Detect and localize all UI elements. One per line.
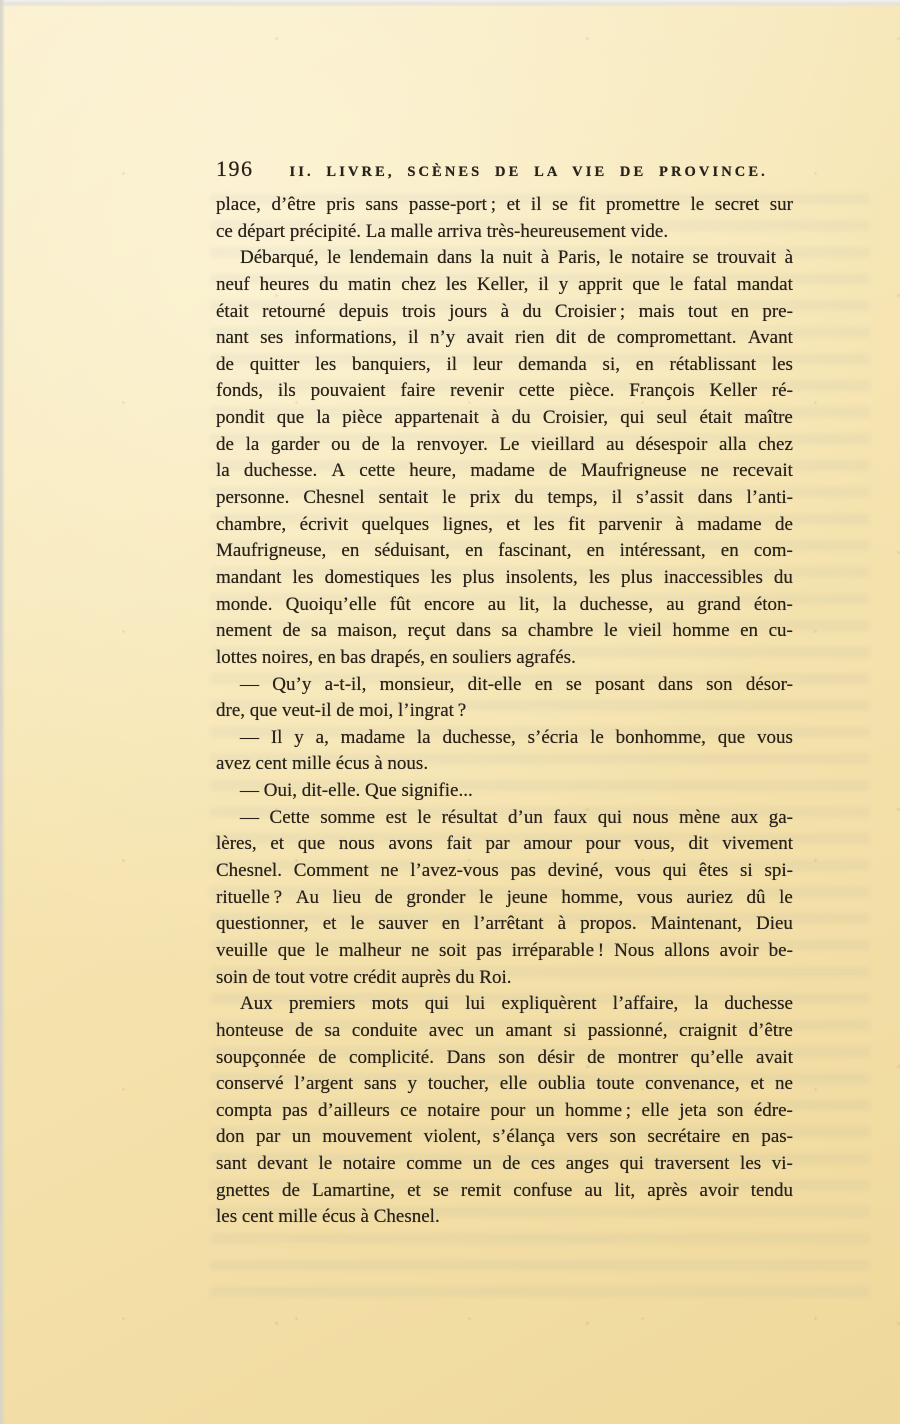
text-line: veuillequelemalheurnesoitpasirréparable … [216, 938, 793, 965]
text-line: nantsesinformations,iln’yavaitrienditdec… [216, 325, 793, 352]
text-line: personne.Chesnelsentaitleprixdutemps,ils… [216, 485, 793, 512]
text-line: mandantlesdomestiqueslesplusinsolents,le… [216, 565, 793, 592]
text-line: — Oui, dit-elle. Que signifie... [216, 778, 793, 805]
text-line: questionner,etlesauverenl’arrêtantàpropo… [216, 911, 793, 938]
text-line: laduchesse.Acetteheure,madamedeMaufrigne… [216, 458, 793, 485]
text-line: donparunmouvementviolent,s’élançaversson… [216, 1124, 793, 1151]
scan-edge-left [0, 0, 5, 1424]
text-line: —Qu’ya-t-il,monsieur,dit-elleenseposantd… [216, 672, 793, 699]
text-line: ponditquelapièceappartenaitàduCroisier,q… [216, 405, 793, 432]
text-line: dequitterlesbanquiers,illeurdemandasi,en… [216, 352, 793, 379]
text-line: étaitretournédepuistroisjoursàduCroisier… [216, 299, 793, 326]
text-line: dre, que veut-il de moi, l’ingrat ? [216, 698, 793, 725]
text-line: soin de tout votre crédit auprès du Roi. [216, 965, 793, 992]
text-block: place,d’êtreprissanspasse-port ;etilsefi… [216, 192, 793, 1231]
text-line: Maufrigneuse,enséduisant,enfascinant,eni… [216, 538, 793, 565]
text-line: rituelle ?Aulieudegronderlejeunehomme,vo… [216, 885, 793, 912]
text-line: ce départ précipité. La malle arriva trè… [216, 219, 793, 246]
text-line: delagarderoudelarenvoyer.Levieillardaudé… [216, 432, 793, 459]
text-line: fonds,ilspouvaientfairerevenircettepièce… [216, 378, 793, 405]
text-line: lères,etquenousavonsfaitparamourpourvous… [216, 831, 793, 858]
text-line: conservél’argentsansytoucher,elleoubliat… [216, 1071, 793, 1098]
text-line: monde.Quoiqu’ellefûtencoreaulit,laduches… [216, 592, 793, 619]
text-line: soupçonnéedecomplicité.Danssondésirdemon… [216, 1045, 793, 1072]
page-number: 196 [216, 156, 254, 182]
text-line: les cent mille écus à Chesnel. [216, 1204, 793, 1231]
page-header: 196 II. LIVRE, SCÈNES DE LA VIE DE PROVI… [216, 156, 794, 182]
text-line: santdevantlenotairecommeundecesangesquit… [216, 1151, 793, 1178]
text-line: —Ilya,madameladuchesse,s’écrialebonhomme… [216, 725, 793, 752]
text-line: lottes noires, en bas drapés, en soulier… [216, 645, 793, 672]
text-line: Auxpremiersmotsquiluiexpliquèrentl’affai… [216, 991, 793, 1018]
text-line: chambre,écrivitquelqueslignes,etlesfitpa… [216, 512, 793, 539]
running-title: II. LIVRE, SCÈNES DE LA VIE DE PROVINCE. [290, 164, 768, 181]
text-line: Débarqué,lelendemaindanslanuitàParis,len… [216, 245, 793, 272]
text-line: comptapasd’ailleurscenotairepourunhomme … [216, 1098, 793, 1125]
text-line: gnettesdeLamartine,etseremitconfuseaulit… [216, 1178, 793, 1205]
text-line: avez cent mille écus à nous. [216, 751, 793, 778]
text-line: place,d’êtreprissanspasse-port ;etilsefi… [216, 192, 793, 219]
text-line: —Cettesommeestlerésultatd’unfauxquinousm… [216, 805, 793, 832]
text-line: honteusedesaconduiteavecunamantsipassion… [216, 1018, 793, 1045]
scan-edge-top [0, 0, 900, 7]
text-line: neufheuresdumatinchezlesKeller,ilyapprit… [216, 272, 793, 299]
book-page: 196 II. LIVRE, SCÈNES DE LA VIE DE PROVI… [0, 0, 900, 1424]
text-line: Chesnel.Commentnel’avez-vouspasdeviné,vo… [216, 858, 793, 885]
text-line: nementdesamaison,reçutdanssachambrelevie… [216, 618, 793, 645]
